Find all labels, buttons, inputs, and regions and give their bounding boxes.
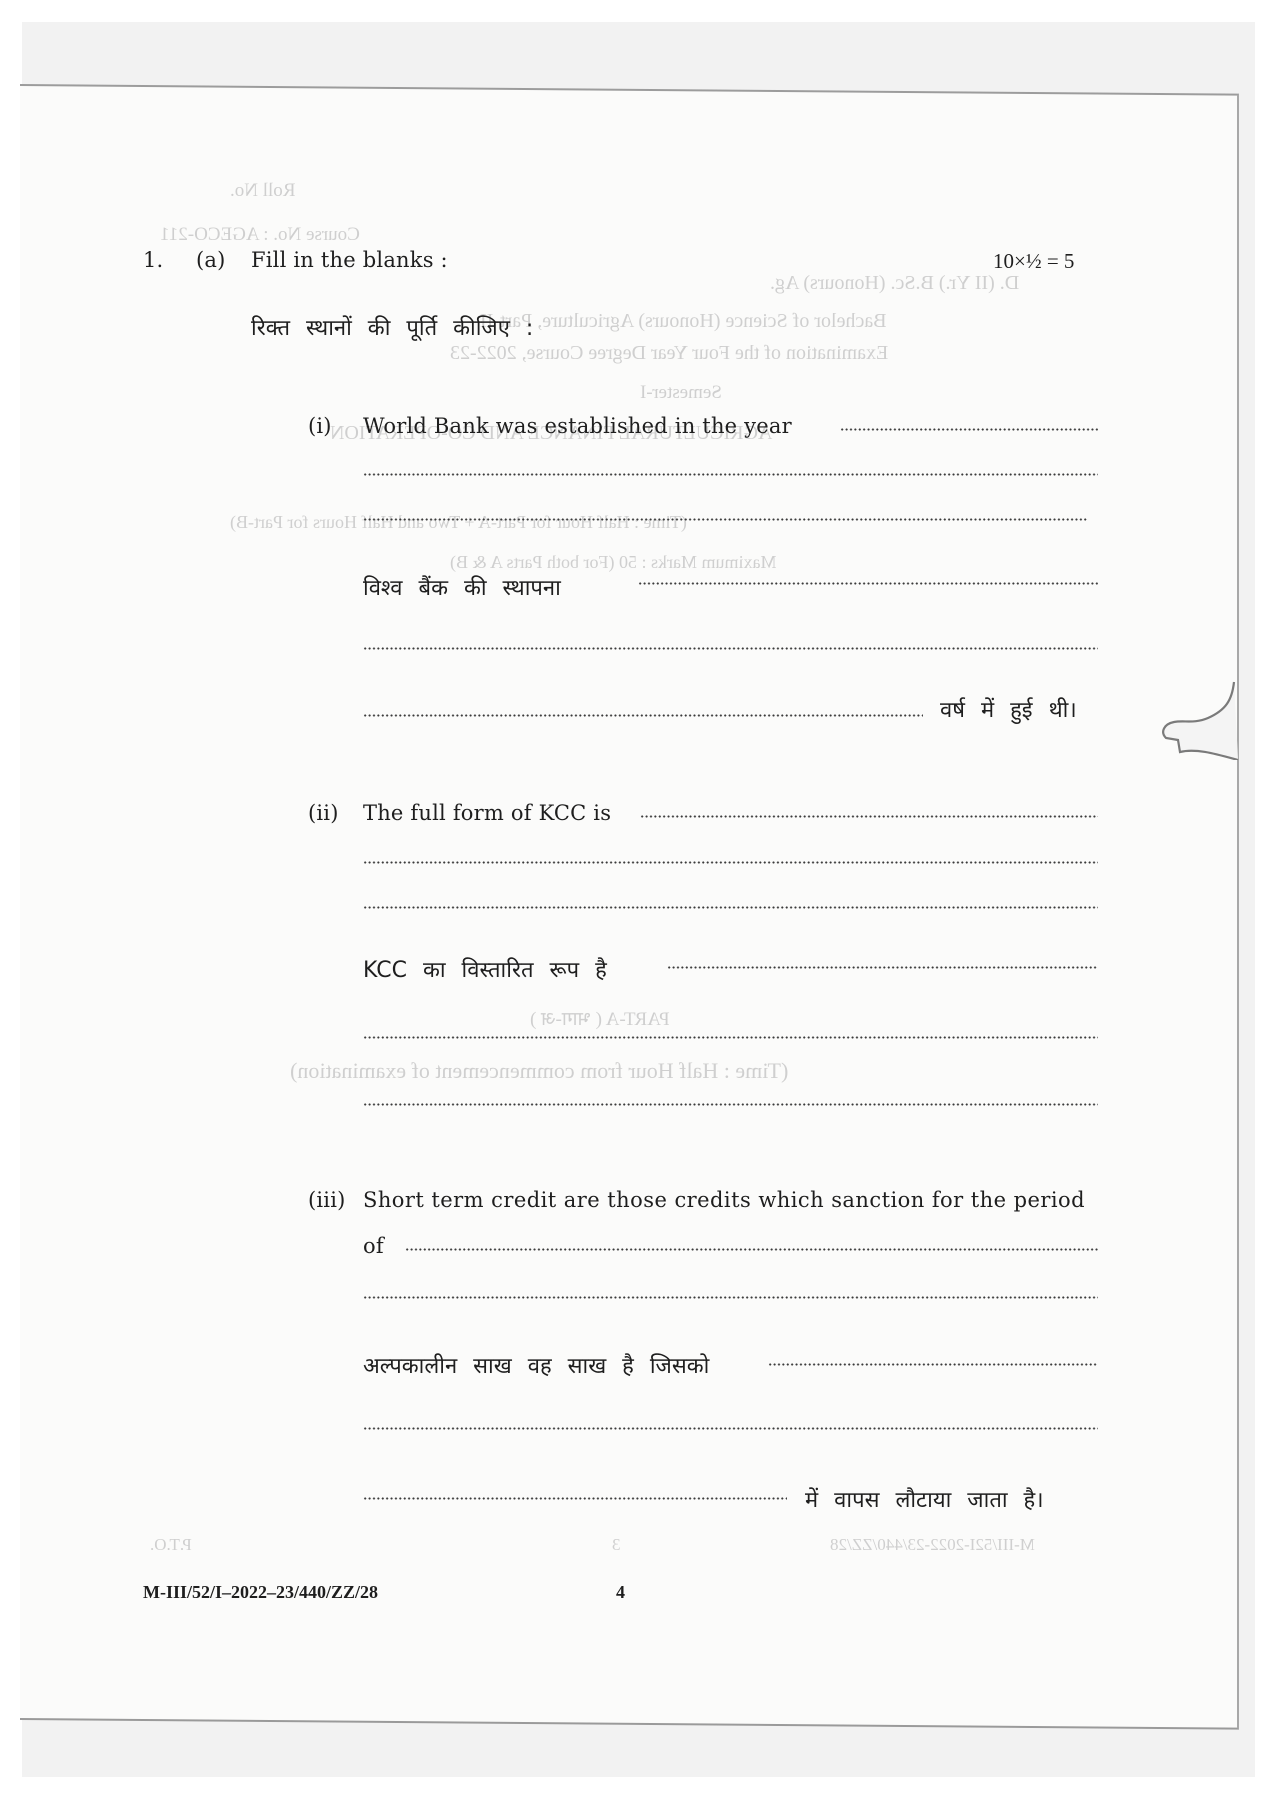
blank-i-hi-1[interactable] [638, 582, 1098, 585]
blank-iii-hi-1[interactable] [768, 1363, 1098, 1366]
instruction-hi: रिक्त स्थानों की पूर्ति कीजिए : [251, 318, 533, 340]
item-ii-text-en: The full form of KCC is [363, 803, 611, 824]
blank-i-hi-2[interactable] [363, 647, 1098, 650]
blank-ii-hi-3[interactable] [363, 1103, 1098, 1106]
torn-edge-mark [1156, 680, 1246, 760]
item-iii-text-en-cont: of [363, 1236, 384, 1257]
blank-iii-hi-2[interactable] [363, 1427, 1098, 1430]
question-number: 1. [143, 250, 163, 271]
blank-ii-hi-1[interactable] [667, 966, 1098, 969]
item-iii-text-hi: अल्पकालीन साख वह साख है जिसको [363, 1356, 709, 1378]
item-ii-label: (ii) [308, 803, 339, 824]
item-i-text-en: World Bank was established in the year [363, 416, 792, 437]
page-number: 4 [616, 1583, 625, 1601]
footer-code: M-III/52/I–2022–23/440/ZZ/28 [143, 1583, 378, 1601]
item-iii-text-en: Short term credit are those credits whic… [363, 1190, 1085, 1211]
blank-iii-2[interactable] [363, 1296, 1098, 1299]
blank-iii-1[interactable] [405, 1248, 1098, 1251]
blank-i-3[interactable] [363, 518, 1087, 521]
item-ii-text-hi: KCC का विस्तारित रूप है [363, 960, 607, 982]
blank-i-1[interactable] [840, 428, 1098, 431]
blank-ii-hi-2[interactable] [363, 1036, 1098, 1039]
blank-iii-hi-3[interactable] [363, 1497, 787, 1500]
item-i-label: (i) [308, 416, 332, 437]
item-i-text-hi: विश्व बैंक की स्थापना [363, 578, 561, 600]
instruction-en: Fill in the blanks : [251, 250, 448, 271]
item-i-suffix-hi: वर्ष में हुई थी। [940, 700, 1077, 722]
item-iii-suffix-hi: में वापस लौटाया जाता है। [805, 1490, 1044, 1512]
blank-ii-1[interactable] [640, 815, 1098, 818]
item-iii-label: (iii) [308, 1190, 346, 1211]
question-part: (a) [196, 250, 226, 271]
blank-ii-3[interactable] [363, 906, 1098, 909]
blank-i-2[interactable] [363, 473, 1098, 476]
blank-ii-2[interactable] [363, 861, 1098, 864]
blank-i-hi-3[interactable] [363, 714, 923, 717]
marks-allocation: 10×½ = 5 [993, 251, 1074, 272]
